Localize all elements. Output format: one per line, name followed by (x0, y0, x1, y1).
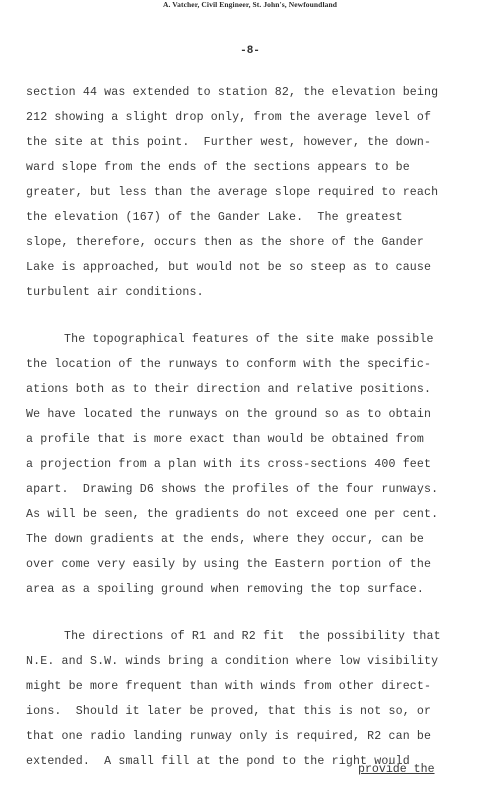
text-line: We have located the runways on the groun… (26, 402, 496, 427)
paragraph-gap (26, 305, 496, 327)
document-body: section 44 was extended to station 82, t… (26, 80, 496, 774)
text-line: turbulent air conditions. (26, 280, 496, 305)
text-line: over come very easily by using the Easte… (26, 552, 496, 577)
paragraph-gap (26, 602, 496, 624)
text-line: The down gradients at the ends, where th… (26, 527, 496, 552)
paragraph-2: The topographical features of the site m… (26, 327, 496, 602)
text-line: the elevation (167) of the Gander Lake. … (26, 205, 496, 230)
text-line: The topographical features of the site m… (26, 327, 496, 352)
text-line: Lake is approached, but would not be so … (26, 255, 496, 280)
text-line: section 44 was extended to station 82, t… (26, 80, 496, 105)
letterhead: A. Vatcher, Civil Engineer, St. John's, … (0, 0, 500, 10)
text-line: apart. Drawing D6 shows the profiles of … (26, 477, 496, 502)
text-line: ward slope from the ends of the sections… (26, 155, 496, 180)
paragraph-1: section 44 was extended to station 82, t… (26, 80, 496, 305)
text-line: ations both as to their direction and re… (26, 377, 496, 402)
text-line: might be more frequent than with winds f… (26, 674, 496, 699)
text-line: The directions of R1 and R2 fit the poss… (26, 624, 496, 649)
text-line: area as a spoiling ground when removing … (26, 577, 496, 602)
paragraph-3: The directions of R1 and R2 fit the poss… (26, 624, 496, 774)
text-line: the location of the runways to conform w… (26, 352, 496, 377)
text-line: a projection from a plan with its cross-… (26, 452, 496, 477)
text-line: ions. Should it later be proved, that th… (26, 699, 496, 724)
text-line: the site at this point. Further west, ho… (26, 130, 496, 155)
text-line: 212 showing a slight drop only, from the… (26, 105, 496, 130)
text-line: a profile that is more exact than would … (26, 427, 496, 452)
text-line: N.E. and S.W. winds bring a condition wh… (26, 649, 496, 674)
text-line: As will be seen, the gradients do not ex… (26, 502, 496, 527)
catchwords: provide the (358, 763, 435, 776)
text-line: that one radio landing runway only is re… (26, 724, 496, 749)
text-line: greater, but less than the average slope… (26, 180, 496, 205)
text-line: slope, therefore, occurs then as the sho… (26, 230, 496, 255)
page-number: -8- (0, 45, 500, 57)
